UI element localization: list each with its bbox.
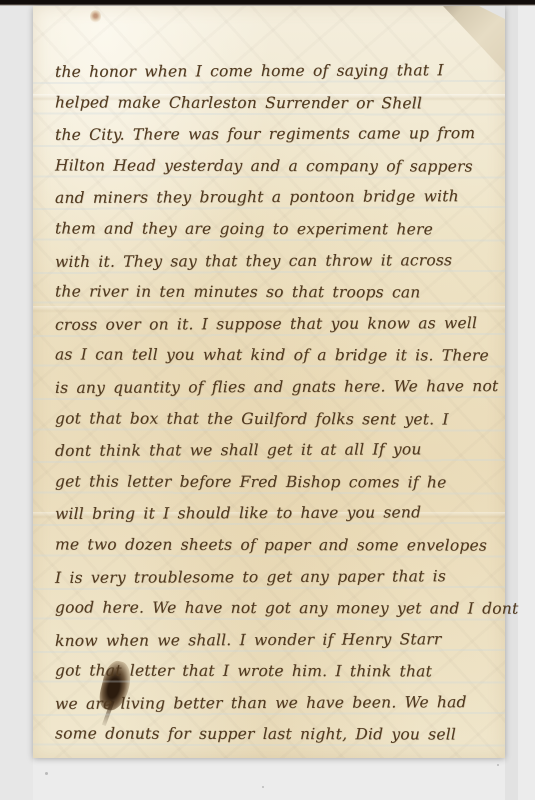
letter-line: Hilton Head yesterday and a company of s… [33, 150, 505, 183]
letter-line: some donuts for supper last night, Did y… [33, 719, 505, 752]
letter-line: know when we shall. I wonder if Henry St… [33, 624, 505, 658]
letter-line: the river in ten minutes so that troops … [33, 277, 505, 310]
letter-line: dont think that we shall get it at all I… [33, 434, 505, 468]
dust-speck [497, 764, 499, 766]
letter-line: good here. We have not got any money yet… [33, 592, 505, 625]
letter-line: get this letter before Fred Bishop comes… [33, 466, 505, 499]
letter-line: cross over on it. I suppose that you kno… [33, 308, 505, 342]
letter-page: the honor when I come home of saying tha… [33, 6, 505, 758]
handwritten-text: the honor when I come home of saying tha… [33, 56, 505, 751]
letter-line: and miners they brought a pontoon bridge… [33, 181, 505, 215]
letter-line: me two dozen sheets of paper and some en… [33, 529, 505, 562]
letter-line: got that box that the Guilford folks sen… [33, 403, 505, 436]
letter-line: is any quantity of flies and gnats here.… [33, 371, 505, 405]
letter-line: we are living better than we have been. … [33, 687, 505, 721]
letter-line: them and they are going to experiment he… [33, 213, 505, 246]
letter-line: got that letter that I wrote him. I thin… [33, 656, 505, 689]
letter-line: I is very troublesome to get any paper t… [33, 560, 505, 594]
letter-line: helped make Charleston Surrender or Shel… [33, 87, 505, 120]
stain [90, 10, 101, 23]
letter-line: with it. They say that they can throw it… [33, 245, 505, 279]
letter-line: will bring it I should like to have you … [33, 497, 505, 531]
letter-line: the honor when I come home of saying tha… [33, 55, 505, 89]
letter-line: the City. There was four regiments came … [33, 118, 505, 152]
dust-speck [262, 786, 264, 788]
letter-line: as I can tell you what kind of a bridge … [33, 340, 505, 373]
dust-speck [45, 772, 48, 775]
scan-background: the honor when I come home of saying tha… [0, 0, 535, 800]
